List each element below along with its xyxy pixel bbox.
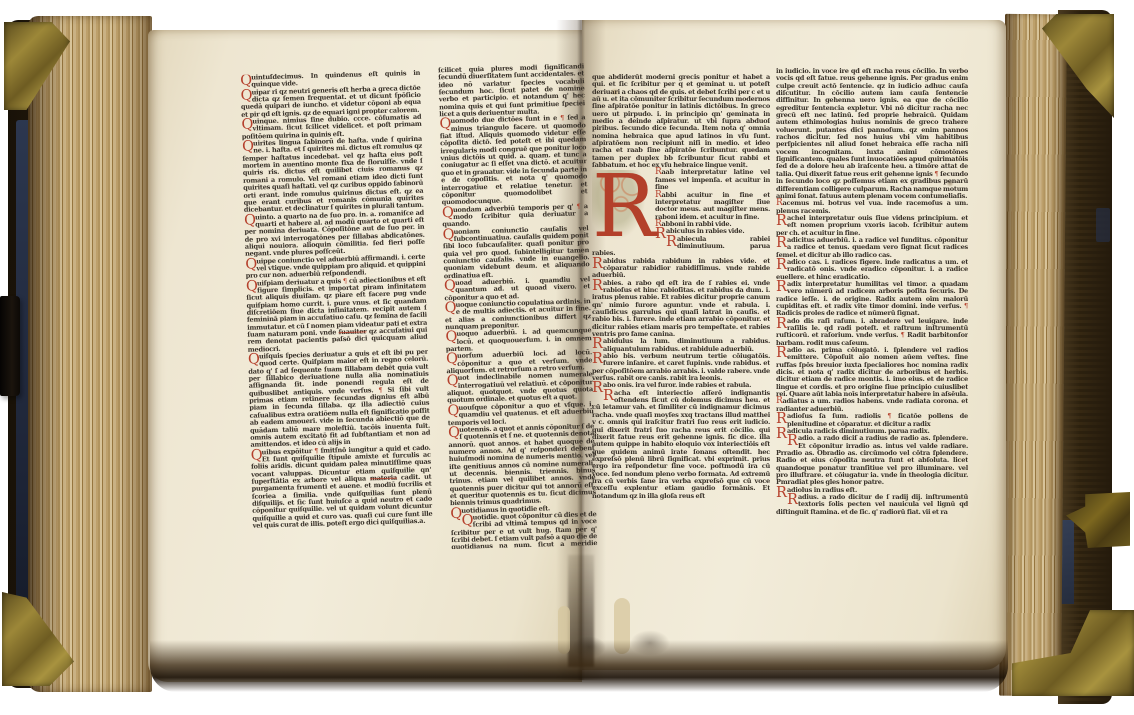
rubric-initial: R — [776, 396, 783, 406]
rubric-initial: Q — [251, 449, 262, 463]
rubric-initial: Q — [444, 280, 455, 294]
rubric-initial: R — [592, 382, 603, 396]
text-paragraph: Quinto. a quarto na de ſuo pro. in. a. r… — [244, 209, 425, 258]
rubric-initial: R — [666, 236, 677, 250]
text-paragraph: in iudicio. in voce ire qd eſt racha reu… — [776, 68, 968, 200]
rubric-pilcrow: ¶ — [934, 170, 938, 178]
rubric-initial: Q — [246, 280, 257, 294]
rubric-initial: R — [776, 259, 787, 273]
rubricated-word: materia — [370, 474, 397, 483]
text-paragraph: Quotidie. quot cōponitur cū dies et de ſ… — [450, 511, 597, 549]
rubric-initial: R — [592, 353, 603, 367]
rubric-pilcrow: ¶ — [576, 202, 580, 210]
text-paragraph: Radico cas. i. radices figere. inde radi… — [776, 259, 968, 281]
text-paragraph: ſcilicet quia plures modi ſignificandi ſ… — [438, 63, 585, 118]
right-page-column-1: que abdiderūt moderni grecis ponitur et … — [592, 74, 770, 558]
rubric-initial: Q — [446, 353, 457, 367]
right-page-column-2: in iudicio. in voce ire qd eſt racha reu… — [776, 68, 968, 556]
text-paragraph: Quotennis. a quot et annis cōponitur ſ d… — [448, 423, 596, 508]
text-paragraph: Racha eſt interiectio aſſerō indignantis… — [592, 390, 770, 500]
rubric-initial: Q — [447, 375, 458, 389]
left-page-column-1: Quintuſdecimus. In quindenus eſt quinis … — [240, 70, 433, 555]
rubric-initial: Q — [442, 229, 453, 243]
rubric-initial: Q — [444, 302, 455, 316]
text-paragraph: Rabidulus la lum. diminutiuum a rabidus.… — [592, 338, 770, 353]
text-paragraph: Quirites lingua ſabinorū de haſta. vnde … — [242, 136, 424, 214]
rubric-initial: R — [603, 390, 614, 404]
text-paragraph: Radius. a rado dicitur de ſ radij dij. i… — [776, 494, 968, 516]
rubric-pilcrow: ¶ — [901, 331, 905, 339]
text-paragraph: Racemus mi. botrus vel vua. inde racemoſ… — [776, 200, 968, 215]
right-fore-edge-page-stack — [999, 14, 1067, 697]
rubric-initial: R — [787, 494, 798, 508]
rubric-initial: Q — [242, 141, 253, 155]
rubric-initial: R — [776, 198, 783, 208]
rubric-initial: R — [787, 435, 798, 449]
rubric-pilcrow: ¶ — [378, 386, 382, 394]
text-paragraph: Quibus expōitur ¶ ſmitſnō iungitur a qui… — [251, 444, 433, 530]
rubric-initial: R — [776, 281, 787, 295]
rubric-initial: Q — [245, 258, 256, 272]
rubric-pilcrow: ¶ — [887, 412, 891, 420]
text-paragraph: Quomodo due dictōes ſunt in e ¶ ſed a mi… — [439, 115, 587, 207]
text-paragraph: Radio. a rado diciſ a radius de radio as… — [776, 435, 968, 486]
text-paragraph: Quiſquis ſpecies deriuatur a quis et eſt… — [248, 349, 431, 449]
rubric-pilcrow: ¶ — [560, 114, 564, 122]
right-cover-blue-patch — [1096, 208, 1110, 242]
photograph-of-open-incunable: Quintuſdecimus. In quindenus eſt quinis … — [0, 0, 1134, 715]
rubric-initial: Q — [450, 507, 461, 521]
rubric-initial: Q — [244, 214, 255, 228]
rubric-initial: R — [776, 487, 787, 501]
left-clasp-strap — [0, 296, 20, 396]
rubric-initial: R — [776, 318, 787, 332]
rubric-initial: Q — [241, 119, 252, 133]
rubric-initial: R — [592, 258, 603, 272]
text-paragraph: Radioſus ſa ſum. radiolis ¶ ſicatōe poll… — [776, 413, 968, 428]
rubric-initial: Q — [248, 354, 259, 368]
rubricated-word: ſuauiter — [338, 327, 366, 336]
text-paragraph: Quoniam coniunctio cauſalis vel ſubconti… — [442, 225, 589, 280]
left-fore-edge-page-stack — [28, 16, 152, 692]
text-paragraph: Rabidus rabida rabidum in rabies vide. e… — [592, 258, 770, 280]
text-paragraph: Rado dis raſi raſum. i. abradere vel leu… — [776, 318, 968, 347]
right-page-text-block: que abdiderūt moderni grecis ponitur et … — [592, 68, 970, 560]
text-paragraph: que abdiderūt moderni grecis ponitur et … — [592, 74, 770, 169]
text-paragraph: Quiſpiam deriuatur a quis ¶ cū adiection… — [246, 275, 428, 353]
text-paragraph: Radio as. prima cōiugatō. i. ſplendere v… — [776, 347, 968, 398]
rubric-initial: R — [776, 215, 787, 229]
left-page-text-block: Quintuſdecimus. In quindenus eſt quinis … — [240, 65, 601, 561]
rubric-pilcrow: ¶ — [343, 277, 347, 285]
text-paragraph: Rabies. a rabo qd eſt ira de ſ rabies ei… — [592, 280, 770, 339]
rubric-pilcrow: ¶ — [964, 302, 968, 310]
rubric-pilcrow: ¶ — [314, 446, 318, 454]
text-paragraph: Radiatus a um. radios habens. vnde radia… — [776, 398, 968, 413]
rubric-initial: R — [776, 347, 787, 361]
rubric-initial: Q — [442, 207, 453, 221]
rubric-initial: Q — [448, 427, 459, 441]
text-paragraph: Radicitus aduerbiū. i. a radice vel fund… — [776, 237, 968, 259]
rubric-initial: R — [592, 280, 603, 294]
text-paragraph: Rabio bis. verbum neutrum tertie cōiugat… — [592, 353, 770, 382]
rubric-initial: R — [776, 428, 787, 442]
text-paragraph: Radix interpretatur humilitas vel timor.… — [776, 281, 968, 318]
text-paragraph: Rachel interpretatur ouis ſiue videns pr… — [776, 215, 968, 237]
left-page-column-2: ſcilicet quia plures modi ſignificandi ſ… — [438, 63, 597, 549]
rubric-initial: Q — [461, 515, 472, 529]
rubric-initial: Q — [445, 331, 456, 345]
rubric-initial: Q — [240, 89, 251, 103]
bottom-cover-shadow — [150, 640, 1008, 692]
rubric-initial: Q — [447, 405, 458, 419]
text-paragraph: RRaab interpretatur latine vel fames vel… — [592, 169, 770, 191]
rubric-initial: R — [776, 237, 787, 251]
rubric-initial: Q — [439, 118, 450, 132]
decorated-initial-R: R — [592, 170, 650, 246]
